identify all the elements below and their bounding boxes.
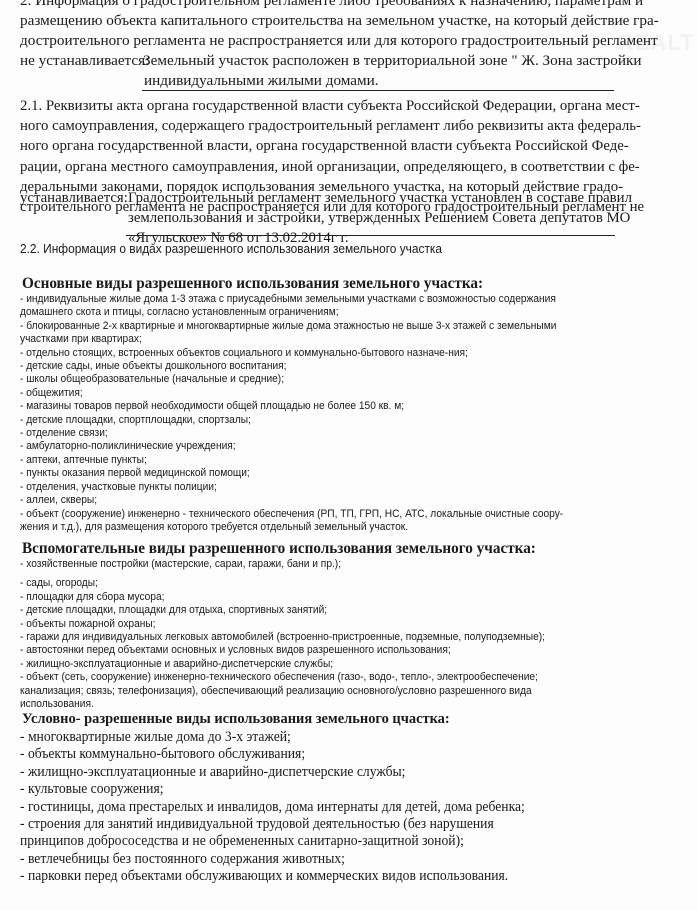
list-item: принципов добрососедства и не обремененн… <box>20 833 525 850</box>
list-item: - школы общеобразовательные (начальные и… <box>20 373 563 386</box>
list-item: - блокированные 2-х квартирные и многокв… <box>20 320 563 333</box>
list-item: - амбулаторно-поликлинические учреждения… <box>20 440 563 453</box>
list-item: - гостиницы, дома престарелых и инвалидо… <box>20 799 525 816</box>
section-2-line: достроительного регламента не распростра… <box>20 31 620 51</box>
list-item: - культовые сооружения; <box>20 781 525 798</box>
underline-rule <box>142 90 614 91</box>
section-2-1-value-line: Градостроительный регламент земельного у… <box>128 188 632 208</box>
list-item: - аптеки, аптечные пункты; <box>20 454 563 467</box>
list-item: - магазины товаров первой необходимости … <box>20 400 563 413</box>
list-item: - отделения, участковые пункты полиции; <box>20 481 563 494</box>
list-item: канализация; связь; телефонизация), обес… <box>20 685 545 698</box>
underline-rule <box>126 235 615 236</box>
list-item: - жилищно-эксплуатационные и аварийно-ди… <box>20 764 525 781</box>
section-2-1-value: Градостроительный регламент земельного у… <box>128 188 632 248</box>
list-item: домашнего скота и птицы, согласно устано… <box>20 306 563 319</box>
list-item: - аллеи, скверы; <box>20 494 563 507</box>
section-2-paragraph: 2. Информация о градостроительном реглам… <box>20 0 620 51</box>
list-item: - ветлечебницы без постоянного содержани… <box>20 851 525 868</box>
list-item: - площадки для сбора мусора; <box>20 591 545 604</box>
list-item: - парковки перед объектами обслуживающих… <box>20 868 525 885</box>
list-item: - автостоянки перед объектами основных и… <box>20 644 545 657</box>
section-2-1-line: рации, органа местного самоуправления, и… <box>20 157 618 177</box>
list-item: - пункты оказания первой медицинской пом… <box>20 467 563 480</box>
list-item: - детские площадки, спортплощадки, спорт… <box>20 414 563 427</box>
list-item: - многоквартирные жилые дома до 3-х этаж… <box>20 729 525 746</box>
list-item: - строения для занятий индивидуальной тр… <box>20 816 525 833</box>
auxiliary-uses-heading: Вспомогательные виды разрешенного исполь… <box>22 540 536 558</box>
list-item: - общежития; <box>20 387 563 400</box>
list-item: - отделение связи; <box>20 427 563 440</box>
list-item: - отдельно стоящих, встроенных объектов … <box>20 347 563 360</box>
list-item: - индивидуальные жилые дома 1-3 этажа с … <box>20 293 563 306</box>
section-2-2-title: 2.2. Информация о видах разрешенного исп… <box>20 241 442 256</box>
section-2-label: не устанавливается: <box>20 51 149 71</box>
list-item: - жилищно-эксплуатационные и аварийно-ди… <box>20 658 545 671</box>
main-uses-list: - индивидуальные жилые дома 1-3 этажа с … <box>20 293 563 534</box>
section-2-1-line: ного органа государственной власти, орга… <box>20 136 618 156</box>
list-item: - детские площадки, площадки для отдыха,… <box>20 604 545 617</box>
list-item: - хозяйственные постройки (мастерские, с… <box>20 558 545 571</box>
section-2-line: размещению объекта капитального строител… <box>20 11 620 31</box>
main-uses-heading: Основные виды разрешенного использования… <box>22 275 483 293</box>
section-2-value: Земельный участок расположен в территори… <box>143 51 642 91</box>
document-page: REALT 2. Информация о градостроительном … <box>0 0 698 910</box>
list-item: - объект (сеть, сооружение) инженерно-те… <box>20 671 545 684</box>
section-2-1-value-line: землепользования и застройки, утвержденн… <box>128 208 632 228</box>
section-2-line: 2. Информация о градостроительном реглам… <box>20 0 620 11</box>
list-item: - объект (сооружение) инженерно - технич… <box>20 508 563 521</box>
conditional-uses-list: - многоквартирные жилые дома до 3-х этаж… <box>20 729 525 886</box>
section-2-value-line: индивидуальными жилыми домами. <box>143 71 642 91</box>
list-item: - объекты коммунально-бытового обслужива… <box>20 746 525 763</box>
list-item: жения и т.д.), для размещения которого т… <box>20 521 563 534</box>
section-2-1-line: ного самоуправления, содержащего градост… <box>20 116 618 136</box>
section-2-1-label: устанавливается: <box>20 188 128 208</box>
list-item: - гаражи для индивидуальных легковых авт… <box>20 631 545 644</box>
list-item: - объекты пожарной охраны; <box>20 618 545 631</box>
section-2-1-line: 2.1. Реквизиты акта органа государственн… <box>20 96 618 116</box>
list-item: - детские сады, иные объекты дошкольного… <box>20 360 563 373</box>
list-item: - сады, огороды; <box>20 577 545 590</box>
list-item: участками при квартирах; <box>20 333 563 346</box>
section-2-value-line: Земельный участок расположен в территори… <box>143 51 642 71</box>
conditional-uses-heading: Условно- разрешенные виды использования … <box>22 710 450 728</box>
auxiliary-uses-list: - хозяйственные постройки (мастерские, с… <box>20 558 545 711</box>
